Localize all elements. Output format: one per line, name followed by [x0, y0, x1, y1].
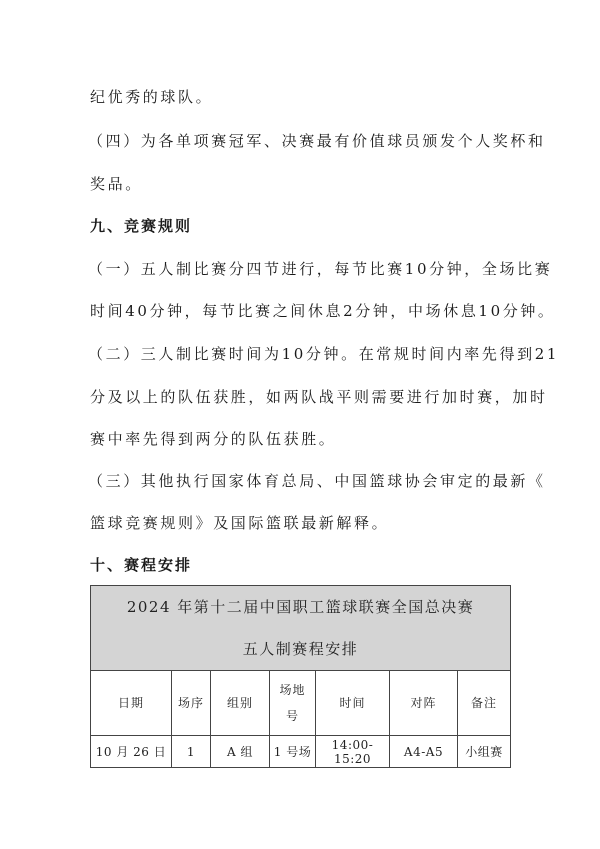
header-venue-line1: 场地: [270, 677, 315, 703]
header-time: 时间: [316, 671, 390, 736]
section-heading-rules: 九、竞赛规则: [90, 215, 192, 236]
cell-order: 1: [172, 736, 211, 768]
paragraph-line: 时间40分钟，每节比赛之间休息2分钟，中场休息10分钟。: [90, 300, 556, 321]
cell-group: A 组: [211, 736, 270, 768]
header-venue: 场地 号: [270, 671, 316, 736]
paragraph-line: （三）其他执行国家体育总局、中国篮球协会审定的最新《: [88, 470, 546, 491]
header-group: 组别: [211, 671, 270, 736]
paragraph-line: 纪优秀的球队。: [90, 86, 213, 107]
section-heading-schedule: 十、赛程安排: [90, 554, 192, 575]
table-row: 10 月 26 日 1 A 组 1 号场 14:00-15:20 A4-A5 小…: [91, 736, 511, 768]
header-notes: 备注: [458, 671, 511, 736]
table-title: 2024 年第十二届中国职工篮球联赛全国总决赛 五人制赛程安排: [91, 586, 511, 671]
paragraph-line: （一）五人制比赛分四节进行，每节比赛10分钟，全场比赛: [88, 258, 552, 279]
table-title-line2: 五人制赛程安排: [91, 628, 510, 670]
table-title-line1: 2024 年第十二届中国职工篮球联赛全国总决赛: [91, 586, 510, 628]
paragraph-line: 分及以上的队伍获胜，如两队战平则需要进行加时赛，加时: [90, 386, 548, 407]
cell-notes: 小组赛: [458, 736, 511, 768]
cell-date: 10 月 26 日: [91, 736, 172, 768]
paragraph-line: 赛中率先得到两分的队伍获胜。: [90, 428, 336, 449]
paragraph-line: 奖品。: [90, 173, 143, 194]
cell-matchup: A4-A5: [390, 736, 458, 768]
header-date: 日期: [91, 671, 172, 736]
schedule-table: 2024 年第十二届中国职工篮球联赛全国总决赛 五人制赛程安排 日期 场序 组别…: [90, 585, 511, 768]
paragraph-line: （二）三人制比赛时间为10分钟。在常规时间内率先得到21: [88, 343, 559, 364]
cell-venue: 1 号场: [270, 736, 316, 768]
header-order: 场序: [172, 671, 211, 736]
paragraph-line: （四）为各单项赛冠军、决赛最有价值球员颁发个人奖杯和: [88, 130, 546, 151]
paragraph-line: 篮球竞赛规则》及国际篮联最新解释。: [90, 512, 389, 533]
header-venue-line2: 号: [270, 703, 315, 729]
table-header-row: 日期 场序 组别 场地 号 时间 对阵 备注: [91, 671, 511, 736]
cell-time: 14:00-15:20: [316, 736, 390, 768]
header-matchup: 对阵: [390, 671, 458, 736]
